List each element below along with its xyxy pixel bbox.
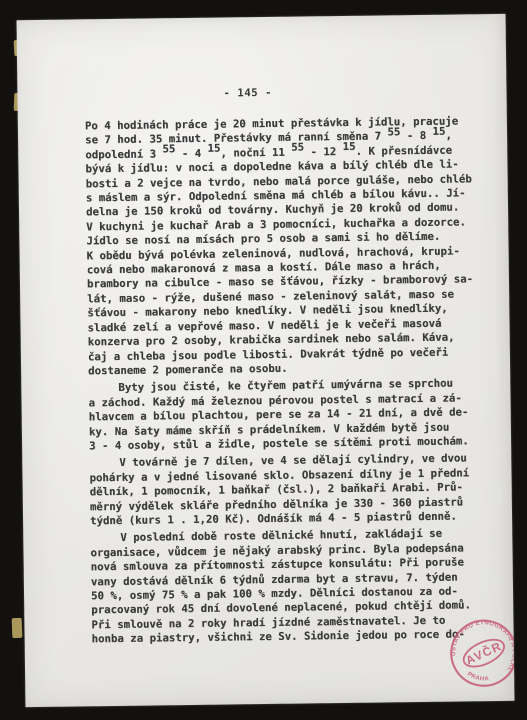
paragraph: V poslední době roste dělnické hnutí, za…	[90, 526, 493, 647]
paragraph: Po 4 hodinách práce je 20 minut přestávk…	[85, 114, 490, 379]
tape-fragment	[12, 618, 23, 638]
document-body: Po 4 hodinách práce je 20 minut přestávk…	[85, 114, 494, 647]
paper-page: - 145 - Po 4 hodinách práce je 20 minut …	[17, 14, 515, 707]
paragraph: Byty jsou čisté, ke čtyřem patří umývárn…	[88, 376, 491, 453]
scanned-document: - 145 - Po 4 hodinách práce je 20 minut …	[0, 0, 527, 720]
page-number: - 145 -	[223, 86, 272, 100]
paragraph: V továrně je 7 dílen, ve 4 se dělají cyl…	[89, 451, 492, 528]
